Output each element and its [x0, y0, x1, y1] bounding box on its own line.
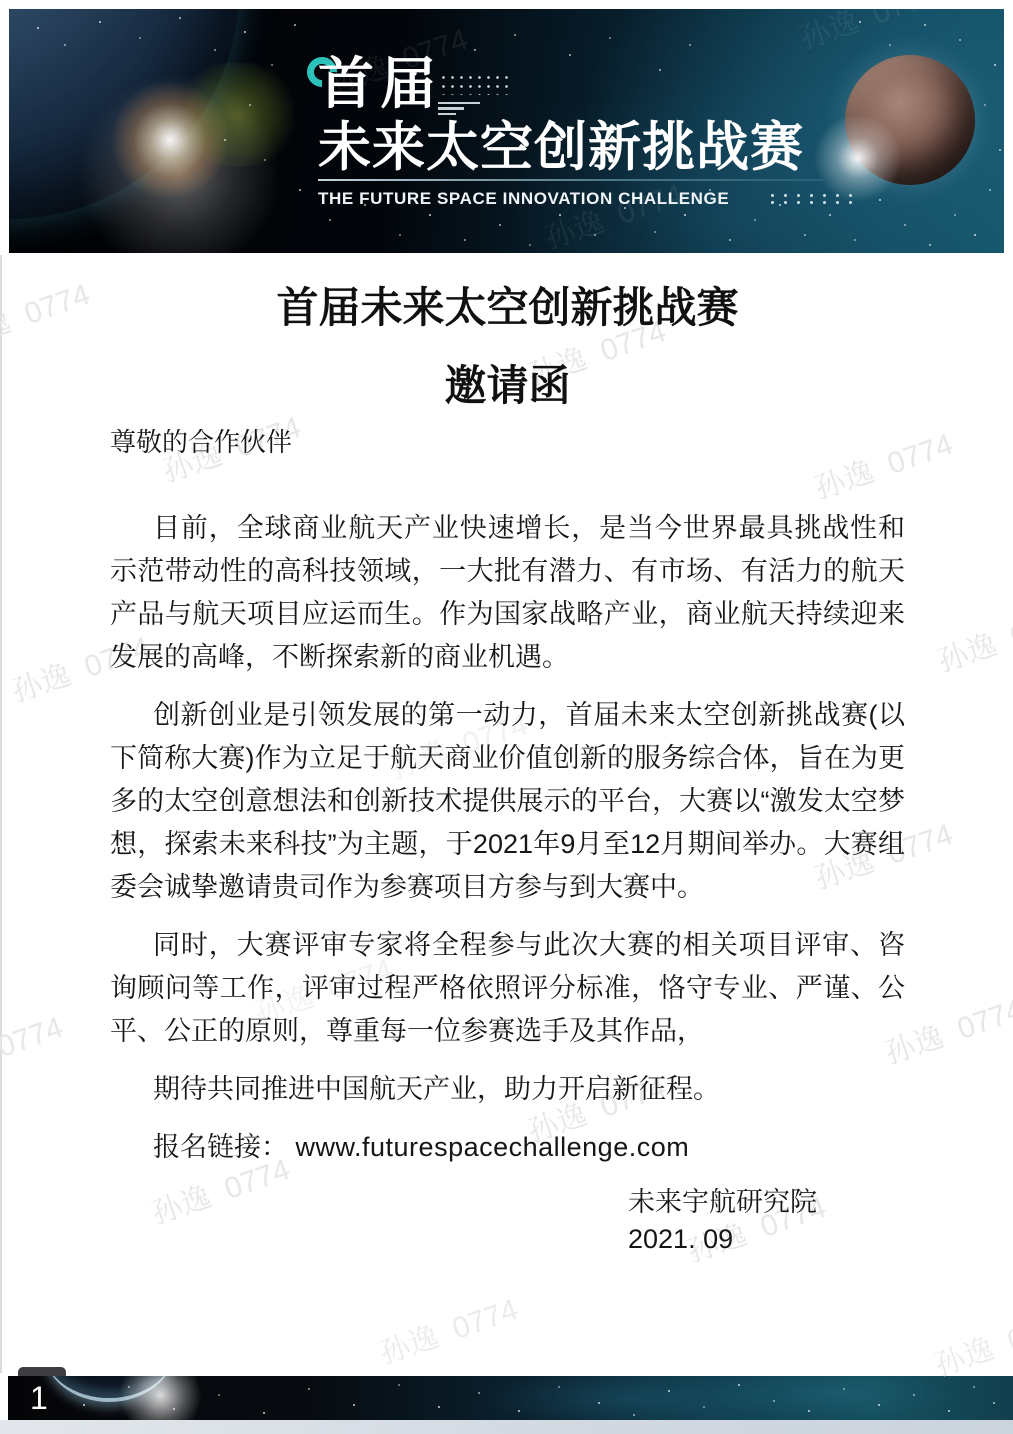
registration-url[interactable]: www.futurespacechallenge.com	[296, 1132, 690, 1162]
watermark: 孙逸 0774	[0, 270, 95, 358]
document-content: 首届未来太空创新挑战赛 邀请函 尊敬的合作伙伴 目前，全球商业航天产业快速增长，…	[110, 284, 905, 1258]
banner-text-block: 首届 未来太空创新挑战赛 THE FUTURE SPACE INNOVATION…	[318, 53, 852, 209]
paragraph-3: 同时，大赛评审专家将全程参与此次大赛的相关项目评审、咨询顾问等工作，评审过程严格…	[110, 924, 905, 1053]
watermark: 孙逸 0774	[793, 9, 943, 58]
starfield	[9, 9, 11, 11]
paragraph-2: 创新创业是引领发展的第一动力，首届未来太空创新挑战赛(以下简称大赛)作为立足于航…	[110, 694, 905, 909]
banner-divider	[318, 179, 823, 181]
page-number: 1	[30, 1380, 48, 1417]
banner: 孙逸 0774 孙逸 0774 孙逸 0774 首届 未来太空创新挑战赛 THE…	[9, 9, 1004, 253]
salutation: 尊敬的合作伙伴	[110, 427, 905, 457]
document-title: 首届未来太空创新挑战赛	[110, 284, 905, 332]
watermark: 孙逸 0774	[928, 1297, 1013, 1385]
dots-grid-decoration	[439, 73, 511, 95]
watermark: 孙逸 0774	[373, 1285, 523, 1373]
paragraph-1: 目前，全球商业航天产业快速增长，是当今世界最具挑战性和示范带动性的高科技领域，一…	[110, 507, 905, 679]
page-edge-line	[0, 255, 2, 1373]
document-subtitle: 邀请函	[110, 362, 905, 410]
paragraph-4: 期待共同推进中国航天产业，助力开启新征程。	[110, 1068, 905, 1111]
footer-bar: 1	[8, 1376, 1013, 1420]
signature-org: 未来宇航研究院	[628, 1184, 905, 1221]
banner-badge: 首届	[318, 53, 852, 115]
banner-subtitle: THE FUTURE SPACE INNOVATION CHALLENGE	[318, 189, 729, 209]
registration-line: 报名链接： www.futurespacechallenge.com	[110, 1126, 905, 1169]
watermark: 孙逸 0774	[931, 593, 1013, 681]
banner-title: 未来太空创新挑战赛	[318, 117, 852, 179]
signature-block: 未来宇航研究院 2021. 09	[110, 1184, 905, 1258]
page-edge-shadow	[0, 1420, 1013, 1434]
watermark: 孙逸 0774	[0, 1003, 68, 1091]
green-glow	[173, 62, 303, 167]
footer-glow	[113, 1376, 208, 1420]
dot-pairs-decoration	[771, 194, 852, 204]
registration-label: 报名链接：	[153, 1132, 296, 1162]
speed-lines-decoration	[438, 102, 480, 118]
signature-date: 2021. 09	[628, 1221, 905, 1258]
footer-starfield	[8, 1376, 10, 1378]
document-page: 孙逸 0774 孙逸 0774 孙逸 0774 首届 未来太空创新挑战赛 THE…	[0, 0, 1013, 1434]
